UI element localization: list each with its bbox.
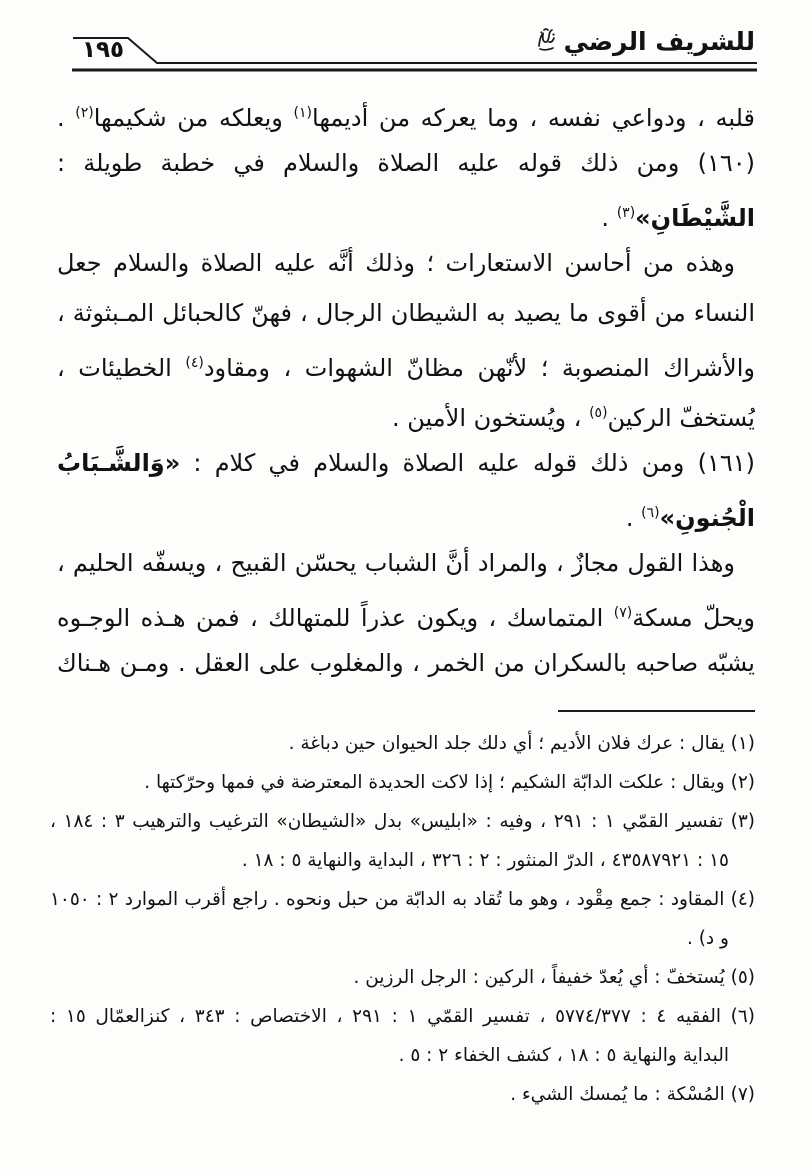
text-segment: قلبه ، ودواعي نفسه ، وما يعركه من أديمها — [312, 104, 755, 132]
footnote-line: (١) يقال : عرك فلان الأديم ؛ أي دلك جلد … — [50, 724, 755, 763]
body-line: ويحلّ مسكة(٧) المتماسك ، ويكون عذراً للم… — [57, 588, 755, 638]
body-line: وهذه من أحاسن الاستعارات ؛ وذلك أنَّه عل… — [57, 238, 755, 288]
footnote-line: (٧) المُسْكة : ما يُمسك الشيء . — [50, 1075, 755, 1114]
running-title-text: للشريف الرضي — [564, 27, 755, 56]
footnote-item: (٤) المقاود : جمع مِقْود ، وهو ما تُقاد … — [50, 880, 755, 958]
body-line: الشَّيْطَانِ»(٣) . — [57, 188, 755, 238]
text-segment: . — [626, 504, 641, 532]
footnote-separator — [558, 710, 755, 712]
text-segment: الشَّيْطَانِ» — [635, 204, 755, 232]
text-segment: وهذا القول مجازٌ ، والمراد أنَّ الشباب ي… — [57, 549, 735, 577]
footnote-line-continuation: و د) . — [50, 919, 755, 958]
body-line: (١٦٠) ومن ذلك قوله عليه الصلاة والسلام ف… — [57, 138, 755, 188]
text-segment: . — [57, 104, 75, 132]
footnote-reference: (١) — [294, 105, 312, 121]
footnote-item: (٦) الفقيه ٤ : ٥٧٧٤/٣٧٧ ، تفسير القمّي ١… — [50, 997, 755, 1075]
text-segment: وهذه من أحاسن الاستعارات ؛ وذلك أنَّه عل… — [57, 249, 735, 277]
honorific-ornament-icon — [536, 26, 557, 58]
footnote-item: (٣) تفسير القمّي ١ : ٢٩١ ، وفيه : «ابليس… — [50, 802, 755, 880]
footnote-line: (٢) ويقال : علكت الدابّة الشكيم ؛ إذا لا… — [50, 763, 755, 802]
footnote-reference: (٧) — [614, 605, 632, 621]
footnote-item: (٥) يُستخفّ : أي يُعدّ خفيفاً ، الركين :… — [50, 958, 755, 997]
text-segment: (١٦١) ومن ذلك قوله عليه الصلاة والسلام ف… — [180, 449, 755, 477]
footnote-line: (٦) الفقيه ٤ : ٥٧٧٤/٣٧٧ ، تفسير القمّي ١… — [50, 997, 755, 1036]
body-line: يشبّه صاحبه بالسكران من الخمر ، والمغلوب… — [57, 638, 755, 688]
body-line: وهذا القول مجازٌ ، والمراد أنَّ الشباب ي… — [57, 538, 755, 588]
body-line: قلبه ، ودواعي نفسه ، وما يعركه من أديمها… — [57, 88, 755, 138]
footnote-reference: (٦) — [641, 505, 659, 521]
text-segment: يشبّه صاحبه بالسكران من الخمر ، والمغلوب… — [57, 649, 755, 677]
footnote-reference: (٣) — [617, 205, 635, 221]
text-segment: المتماسك ، ويكون عذراً للمتهالك ، فمن هـ… — [57, 604, 614, 632]
text-segment: يُستخفّ الركين — [608, 404, 755, 432]
page-number: ١٩٥ — [74, 37, 132, 63]
text-segment: ويحلّ مسكة — [632, 604, 755, 632]
footnote-line: (٤) المقاود : جمع مِقْود ، وهو ما تُقاد … — [50, 880, 755, 919]
body-line: (١٦١) ومن ذلك قوله عليه الصلاة والسلام ف… — [57, 438, 755, 488]
body-text: قلبه ، ودواعي نفسه ، وما يعركه من أديمها… — [57, 88, 755, 688]
footnote-item: (٧) المُسْكة : ما يُمسك الشيء . — [50, 1075, 755, 1114]
footnote-line: (٣) تفسير القمّي ١ : ٢٩١ ، وفيه : «ابليس… — [50, 802, 755, 841]
footnote-line-continuation: ١٥ : ٤٣٥٨٧٩٢١ ، الدرّ المنثور : ٢ : ٣٢٦ … — [50, 841, 755, 880]
text-segment: الْجُنونِ» — [660, 504, 755, 532]
body-line: النساء من أقوى ما يصيد به الشيطان الرجال… — [57, 288, 755, 338]
footnote-item: (١) يقال : عرك فلان الأديم ؛ أي دلك جلد … — [50, 724, 755, 763]
text-segment: . — [601, 204, 616, 232]
footnotes: (١) يقال : عرك فلان الأديم ؛ أي دلك جلد … — [50, 724, 755, 1114]
text-segment: النساء من أقوى ما يصيد به الشيطان الرجال… — [57, 299, 755, 327]
footnote-reference: (٤) — [185, 355, 203, 371]
book-page: للشريف الرضي ١٩٥ قلبه ، ودواعي نفسه ، وم… — [0, 0, 812, 1170]
footnote-line-continuation: البداية والنهاية ٥ : ١٨ ، كشف الخفاء ٢ :… — [50, 1036, 755, 1075]
body-line: والأشراك المنصوبة ؛ لأنّهن مظانّ الشهوات… — [57, 338, 755, 388]
text-segment: والأشراك المنصوبة ؛ لأنّهن مظانّ الشهوات… — [204, 354, 755, 382]
footnote-reference: (٢) — [75, 105, 93, 121]
footnote-item: (٢) ويقال : علكت الدابّة الشكيم ؛ إذا لا… — [50, 763, 755, 802]
footnote-line: (٥) يُستخفّ : أي يُعدّ خفيفاً ، الركين :… — [50, 958, 755, 997]
footnote-reference: (٥) — [589, 405, 607, 421]
text-segment: ويعلكه من شكيمها — [94, 104, 294, 132]
body-line: الْجُنونِ»(٦) . — [57, 488, 755, 538]
text-segment: ، ويُستخون الأمين . — [392, 404, 589, 432]
running-title: للشريف الرضي — [536, 24, 755, 58]
text-segment: (١٦٠) ومن ذلك قوله عليه الصلاة والسلام ف… — [57, 149, 755, 177]
body-line: يُستخفّ الركين(٥) ، ويُستخون الأمين . — [57, 388, 755, 438]
